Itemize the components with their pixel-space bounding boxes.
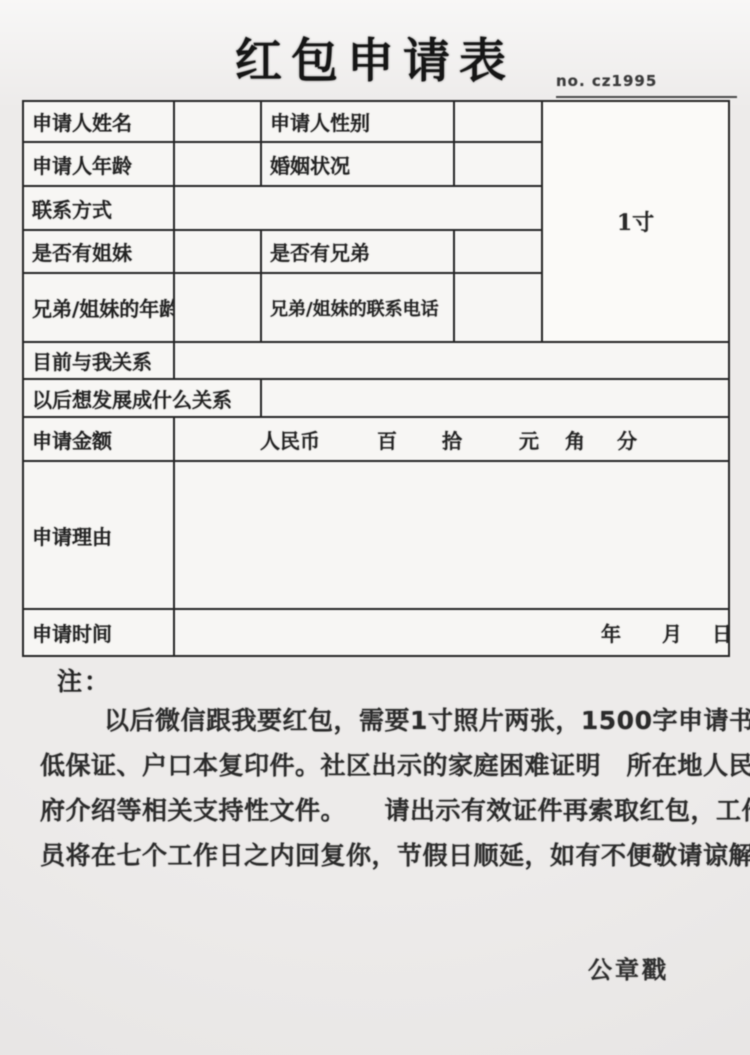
- note-line: 府介绍等相关支持性文件。 请出示有效证件再索取红包，工作人: [40, 788, 718, 833]
- reason-label: 申请理由: [22, 460, 175, 610]
- unit-day: 日: [712, 610, 732, 655]
- amount-label: 申请金额: [22, 416, 175, 462]
- note-line: 员将在七个工作日之内回复你，节假日顺延，如有不便敬请谅解。: [40, 833, 718, 878]
- applicant-age-field: [173, 141, 262, 187]
- has-brothers-field: [453, 229, 543, 274]
- marital-status-label: 婚姻状况: [260, 141, 455, 187]
- reason-field: [173, 460, 730, 610]
- unit-fen: 分: [617, 418, 637, 460]
- applicant-gender-label: 申请人性别: [260, 100, 455, 143]
- note-heading: 注：: [57, 662, 111, 698]
- seal-label: 公章戳: [588, 950, 669, 985]
- has-sisters-field: [173, 229, 262, 274]
- scanned-form-page: 红包申请表 no. cz1995 申请人姓名 申请人性别 1寸 申请人年龄 婚姻…: [0, 0, 750, 1055]
- current-relation-field: [173, 341, 730, 380]
- applicant-age-label: 申请人年龄: [22, 141, 175, 187]
- siblings-phone-field: [453, 272, 543, 343]
- has-brothers-label: 是否有兄弟: [260, 229, 455, 274]
- applicant-gender-field: [453, 100, 543, 143]
- unit-jiao: 角: [565, 418, 585, 460]
- contact-label: 联系方式: [22, 185, 175, 231]
- time-field: 年 月 日: [173, 608, 730, 657]
- unit-month: 月: [662, 610, 682, 655]
- current-relation-label: 目前与我关系: [22, 341, 175, 380]
- applicant-name-label: 申请人姓名: [22, 100, 175, 143]
- siblings-age-field: [173, 272, 262, 343]
- has-sisters-label: 是否有姐妹: [22, 229, 175, 274]
- unit-hundred: 百: [377, 418, 397, 460]
- unit-yuan: 元: [519, 418, 539, 460]
- future-relation-label: 以后想发展成什么关系: [22, 378, 262, 418]
- future-relation-field: [260, 378, 730, 418]
- photo-box: 1寸: [541, 100, 730, 343]
- note-line: 低保证、户口本复印件。社区出示的家庭困难证明 所在地人民政: [40, 743, 718, 788]
- contact-field: [173, 185, 543, 231]
- photo-size-label: 1寸: [617, 206, 654, 237]
- applicant-name-field: [173, 100, 262, 143]
- form-number: no. cz1995: [556, 72, 737, 98]
- unit-ten: 拾: [442, 418, 462, 460]
- currency-label: 人民币: [260, 418, 320, 460]
- marital-status-field: [453, 141, 543, 187]
- note-line: 以后微信跟我要红包，需要1寸照片两张，1500字申请书 ，: [40, 698, 718, 743]
- unit-year: 年: [601, 610, 621, 655]
- siblings-phone-label: 兄弟/姐妹的联系电话: [260, 272, 455, 343]
- siblings-age-label: 兄弟/姐妹的年龄: [22, 272, 175, 343]
- amount-field: 人民币 百 拾 元 角 分: [173, 416, 730, 462]
- time-label: 申请时间: [22, 608, 175, 657]
- note-paragraph: 以后微信跟我要红包，需要1寸照片两张，1500字申请书 ， 低保证、户口本复印件…: [40, 698, 718, 878]
